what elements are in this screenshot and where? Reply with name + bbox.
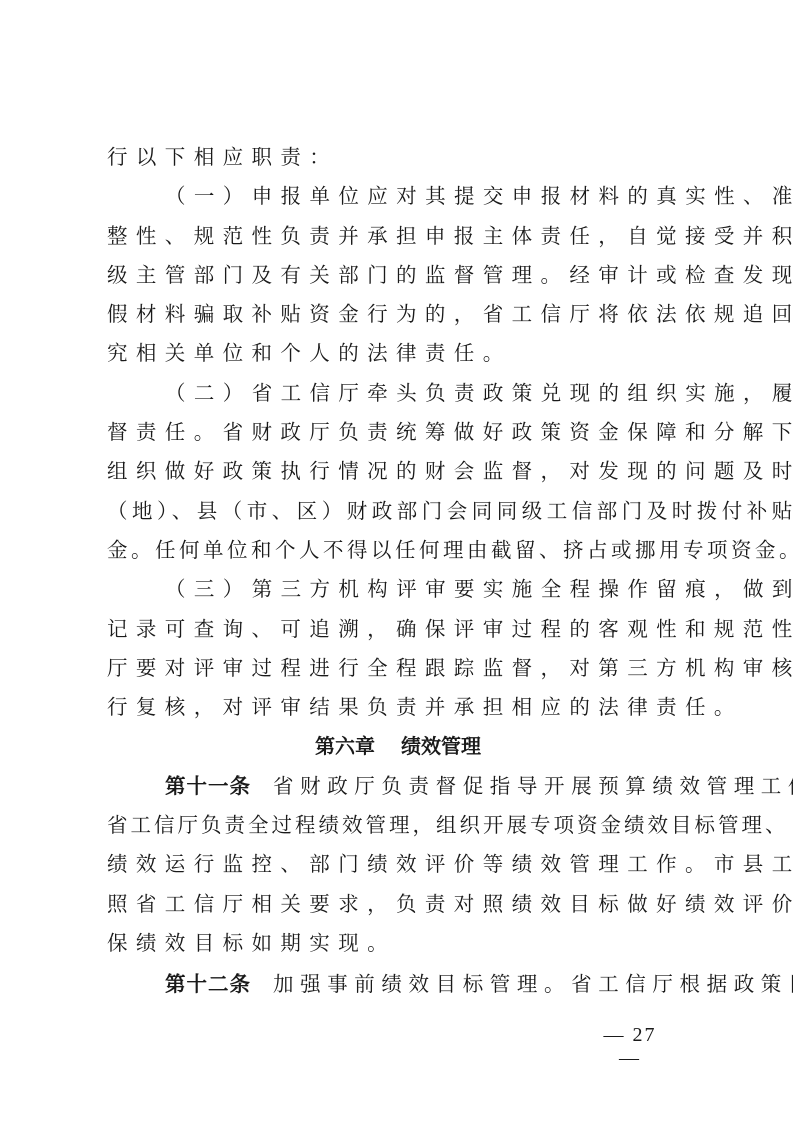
paragraph-line: 督责任。省财政厅负责统筹做好政策资金保障和分解下达，督促	[107, 413, 689, 452]
paragraph-line: 级主管部门及有关部门的监督管理。经审计或检查发现有编制虚	[107, 256, 689, 295]
paragraph-line: （三）第三方机构评审要实施全程操作留痕，做到相关操作	[107, 570, 689, 609]
paragraph-line: 照省工信厅相关要求，负责对照绩效目标做好绩效评价工作，确	[107, 885, 689, 924]
paragraph-line: （二）省工信厅牵头负责政策兑现的组织实施，履行财会监	[107, 374, 689, 413]
document-body: 行以下相应职责： （一）申报单位应对其提交申报材料的真实性、准确性、完 整性、规…	[107, 138, 689, 1005]
paragraph-line: 记录可查询、可追溯，确保评审过程的客观性和规范性。省工信	[107, 610, 689, 649]
paragraph-line: 行复核，对评审结果负责并承担相应的法律责任。	[107, 688, 689, 727]
article-11-first-line: 第十一条省财政厅负责督促指导开展预算绩效管理工作。	[107, 767, 689, 806]
chapter-heading: 第六章绩效管理	[107, 727, 689, 766]
article-12-first-line: 第十二条加强事前绩效目标管理。省工信厅根据政策目标	[107, 965, 689, 1004]
paragraph-line: 整性、规范性负责并承担申报主体责任，自觉接受并积极配合省	[107, 217, 689, 256]
chapter-number: 第六章	[315, 734, 375, 758]
article-11-label: 第十一条	[165, 774, 251, 798]
paragraph-line: 假材料骗取补贴资金行为的，省工信厅将依法依规追回资金并追	[107, 295, 689, 334]
document-page: 行以下相应职责： （一）申报单位应对其提交申报材料的真实性、准确性、完 整性、规…	[0, 0, 793, 1122]
paragraph-line: 省工信厅负责全过程绩效管理，组织开展专项资金绩效目标管理、	[107, 806, 689, 845]
paragraph-line: （地）、县（市、区）财政部门会同同级工信部门及时拨付补贴资	[107, 492, 689, 531]
chapter-title: 绩效管理	[401, 734, 481, 758]
paragraph-line: （一）申报单位应对其提交申报材料的真实性、准确性、完	[107, 177, 689, 216]
article-12-label: 第十二条	[165, 972, 251, 996]
article-12-text: 加强事前绩效目标管理。省工信厅根据政策目标	[273, 972, 793, 996]
paragraph-line: 绩效运行监控、部门绩效评价等绩效管理工作。市县工信部门按	[107, 845, 689, 884]
page-number: — 27 —	[592, 1024, 668, 1070]
paragraph-line: 究相关单位和个人的法律责任。	[107, 334, 689, 373]
paragraph-line: 行以下相应职责：	[107, 138, 689, 177]
paragraph-line: 金。任何单位和个人不得以任何理由截留、挤占或挪用专项资金。	[107, 531, 689, 570]
article-11-text: 省财政厅负责督促指导开展预算绩效管理工作。	[273, 774, 793, 798]
paragraph-line: 保绩效目标如期实现。	[107, 924, 689, 963]
paragraph-line: 组织做好政策执行情况的财会监督，对发现的问题及时纠偏。市	[107, 452, 689, 491]
paragraph-line: 厅要对评审过程进行全程跟踪监督，对第三方机构审核的结果进	[107, 649, 689, 688]
